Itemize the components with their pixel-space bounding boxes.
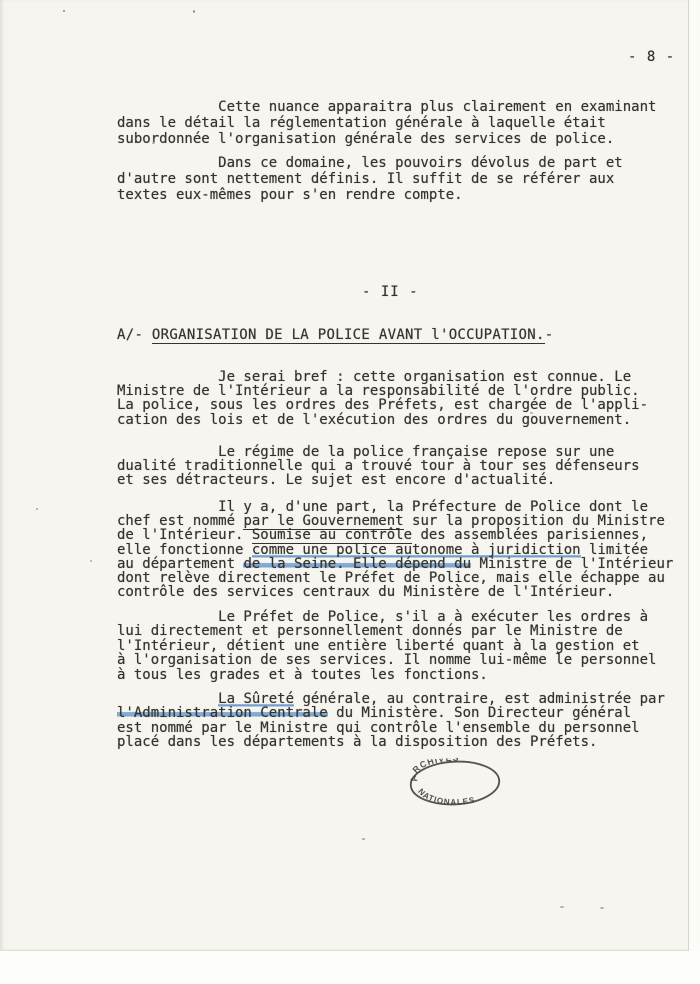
text-segment: cation des lois et de l'exécution des or… [117, 412, 631, 428]
stamp-top-text: ARCHIVES [407, 756, 461, 784]
text-segment: placé dans les départements à la disposi… [117, 734, 597, 750]
text-line: cation des lois et de l'exécution des or… [117, 413, 648, 427]
text-line: Dans ce domaine, les pouvoirs dévolus de… [117, 156, 623, 172]
stamp-bottom-text: NATIONALES [416, 784, 476, 809]
heading-title: ORGANISATION DE LA POLICE AVANT l'OCCUPA… [152, 327, 545, 344]
text-line: dans le détail la réglementation général… [117, 116, 656, 132]
text-segment: subordonnée l'organisation générale des … [117, 131, 614, 147]
text-line: l'Administration Centrale du Ministère. … [117, 706, 665, 720]
text-line: placé dans les départements à la disposi… [117, 735, 665, 749]
text-line: La police, sous les ordres des Préfets, … [117, 398, 648, 412]
text-line: au département de la Seine. Elle dépend … [117, 557, 673, 571]
scan-speck [600, 907, 604, 909]
text-line: elle fonctionne comme une police autonom… [117, 543, 673, 557]
scan-speck [152, 142, 155, 144]
paragraph: Je serai bref : cette organisation est c… [117, 370, 648, 427]
text-line: textes eux-mêmes pour s'en rendre compte… [117, 188, 623, 204]
text-line: contrôle des services centraux du Minist… [117, 585, 673, 599]
paragraph: Cette nuance apparaitra plus clairement … [117, 100, 656, 147]
scan-speck [362, 838, 365, 840]
text-line: Cette nuance apparaitra plus clairement … [117, 100, 656, 116]
scan-speck [90, 560, 92, 562]
svg-text:ARCHIVES: ARCHIVES [407, 756, 461, 784]
paragraph: Dans ce domaine, les pouvoirs dévolus de… [117, 156, 623, 203]
paragraph: Le Préfet de Police, s'il a à exécuter l… [117, 610, 656, 682]
paragraph: Le régime de la police française repose … [117, 445, 640, 488]
document-page: - 8 - - II - A/- ORGANISATION DE LA POLI… [0, 0, 689, 951]
heading-suffix: - [545, 327, 554, 343]
section-marker: - II - [362, 284, 419, 300]
text-segment: à tous les grades et à toutes les foncti… [117, 667, 488, 683]
scan-margin-bottom [0, 951, 700, 984]
text-line: d'autre sont nettement définis. Il suffi… [117, 172, 623, 188]
stamp-oval-icon: ARCHIVES NATIONALES [407, 756, 503, 811]
text-line: à l'organisation de ses services. Il nom… [117, 653, 656, 667]
section-heading: A/- ORGANISATION DE LA POLICE AVANT l'OC… [117, 327, 553, 343]
text-segment: Dans ce domaine, les pouvoirs dévolus de… [117, 155, 623, 171]
scan-speck [36, 508, 38, 510]
text-line: de l'Intérieur. Soumise au contrôle des … [117, 528, 673, 542]
text-line: subordonnée l'organisation générale des … [117, 132, 656, 148]
heading-prefix: A/- [117, 327, 152, 343]
scan-speck [560, 906, 564, 908]
text-segment: contrôle des services centraux du Minist… [117, 584, 614, 600]
scan-speck [530, 412, 533, 414]
text-line: à tous les grades et à toutes les foncti… [117, 668, 656, 682]
text-segment: textes eux-mêmes pour s'en rendre compte… [117, 187, 463, 203]
scan-speck [63, 10, 65, 12]
text-segment: d'autre sont nettement définis. Il suffi… [117, 171, 614, 187]
paragraph: La Sûreté générale, au contraire, est ad… [117, 692, 665, 750]
scan-margin-right [689, 0, 700, 951]
text-line: et ses détracteurs. Le sujet est encore … [117, 473, 640, 487]
text-segment: dans le détail la réglementation général… [117, 115, 606, 131]
archives-nationales-stamp: ARCHIVES NATIONALES [407, 756, 503, 811]
text-segment: et ses détracteurs. Le sujet est encore … [117, 472, 555, 488]
text-segment: Cette nuance apparaitra plus clairement … [117, 99, 656, 115]
scan-speck [193, 10, 195, 13]
svg-text:NATIONALES: NATIONALES [416, 784, 476, 809]
paragraph: Il y a, d'une part, la Préfecture de Pol… [117, 500, 673, 599]
text-line: lui directement et personnellement donné… [117, 624, 656, 638]
page-number: - 8 - [628, 49, 675, 65]
